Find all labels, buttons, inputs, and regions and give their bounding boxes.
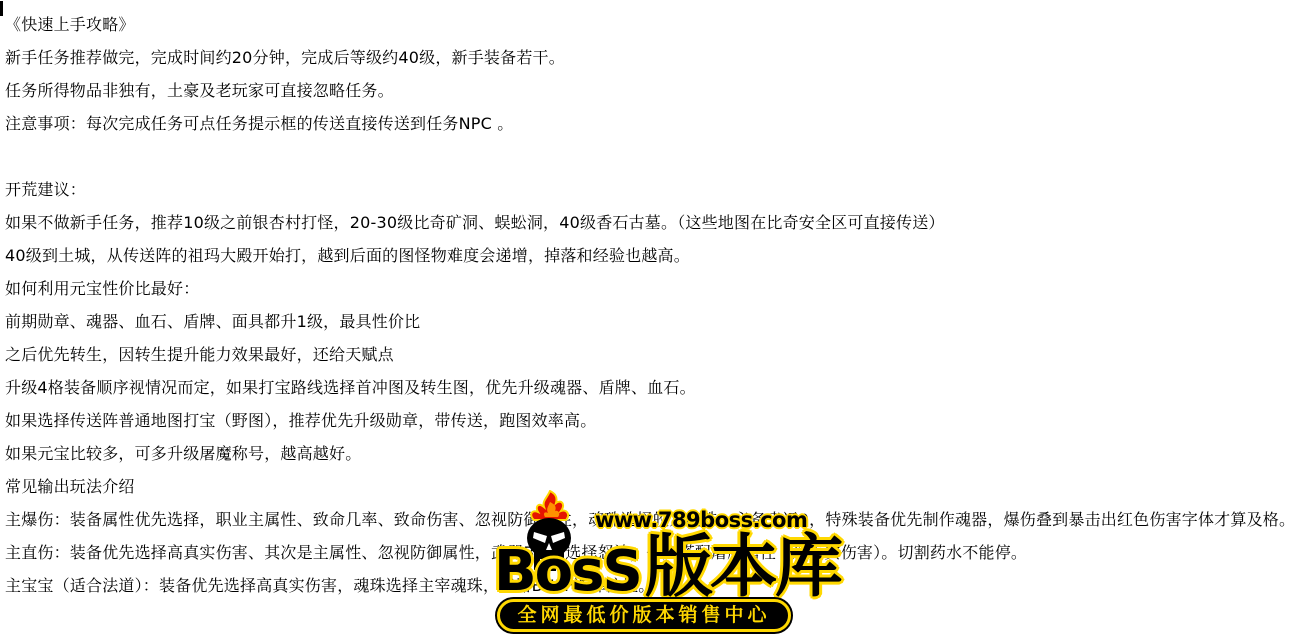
- watermark-banner-text: 全网最低价版本销售中心: [517, 606, 770, 625]
- watermark-brand-cjk: 版本库: [645, 534, 840, 602]
- document-page: 《快速上手攻略》 新手任务推荐做完，完成时间约20分钟，完成后等级约40级，新手…: [0, 0, 1295, 636]
- watermark-brand-latin: BosS: [494, 544, 641, 600]
- watermark-banner: 全网最低价版本销售中心: [497, 599, 791, 632]
- watermark-brand: BosS 版本库: [494, 534, 840, 602]
- watermark: www.789boss.com BosS 版本库 全网最低价版本销售中心: [0, 0, 1295, 636]
